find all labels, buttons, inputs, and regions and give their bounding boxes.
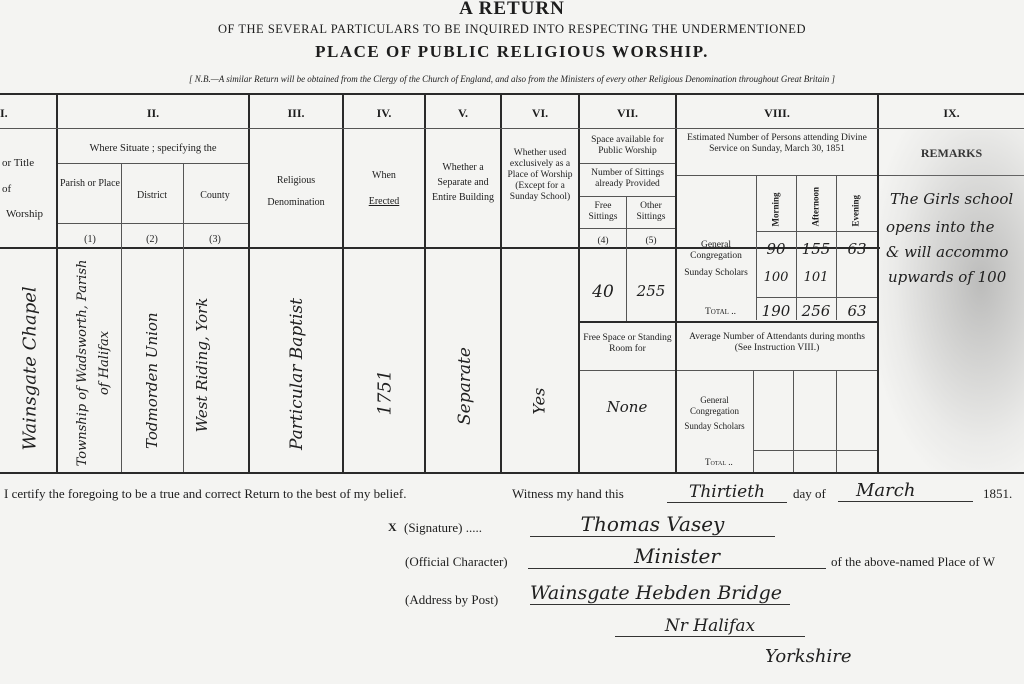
avg-total-label: Total .. [705, 457, 733, 468]
entry-district: Todmorden Union [143, 269, 161, 449]
divider [677, 321, 877, 323]
entry-parish: Township of Wadsworth, Parish of Halifax [72, 258, 118, 468]
divider [756, 231, 877, 232]
entry-general-morning: 90 [757, 240, 795, 258]
form-subtitle: OF THE SEVERAL PARTICULARS TO BE INQUIRE… [0, 22, 1024, 37]
remarks-line-3: & will accommo [886, 243, 1008, 261]
col-ii-numeral: II. [58, 106, 248, 121]
col-morning-label: Morning [771, 177, 782, 227]
divider [58, 223, 248, 224]
entry-general-afternoon: 155 [797, 240, 835, 258]
col-free-space-label: Free Space or Standing Room for [580, 333, 675, 355]
col-ii-label: Where Situate ; specifying the [58, 143, 248, 155]
address-label: (Address by Post) [405, 592, 498, 608]
col-ix-numeral: IX. [879, 106, 1024, 121]
certification-statement: I certify the foregoing to be a true and… [4, 486, 407, 502]
col-viii-numeral: VIII. [677, 106, 877, 121]
divider [626, 197, 627, 321]
col-vii-label: Space available for Public Worship [580, 135, 675, 157]
entry-scholars-morning: 100 [757, 270, 795, 285]
avg-general-label: General Congregation [677, 395, 752, 417]
address-line-3[interactable]: Yorkshire [765, 646, 852, 667]
col-divider [342, 93, 344, 473]
entry-denomination: Particular Baptist [287, 270, 307, 450]
col-county-num: (3) [184, 234, 246, 246]
signature-mark: X [388, 520, 397, 535]
table-bottom-border [0, 472, 1024, 474]
col-v-label: Whether a Separate and Entire Building [430, 160, 496, 205]
col-iv-numeral: IV. [344, 106, 424, 121]
divider [580, 228, 675, 229]
address-line-2[interactable]: Nr Halifax [615, 616, 805, 637]
col-iv-label: When [344, 170, 424, 182]
col-v-numeral: V. [426, 106, 500, 121]
col-i-label-3: Worship [6, 208, 43, 220]
address-line-1[interactable]: Wainsgate Hebden Bridge [530, 582, 790, 605]
remarks-line-4: upwards of 100 [888, 268, 1006, 286]
divider [677, 370, 877, 371]
col-free-sittings-label: Free Sittings [582, 201, 624, 223]
entry-total-afternoon: 256 [797, 302, 835, 320]
col-county-label: County [184, 190, 246, 202]
col-iii-label: Religious Denomination [258, 170, 334, 214]
col-other-sittings-label: Other Sittings [628, 201, 674, 223]
col-iii-numeral: III. [250, 106, 342, 121]
divider [793, 371, 794, 472]
col-divider [424, 93, 426, 473]
col-divider [248, 93, 250, 473]
entry-county: West Riding, York [190, 290, 240, 440]
witness-month-field[interactable]: March [838, 480, 973, 502]
row-total-label: Total .. [705, 307, 736, 318]
divider [58, 163, 248, 164]
witness-day-field[interactable]: Thirtieth [667, 482, 787, 503]
col-district-num: (2) [122, 234, 182, 246]
col-afternoon-label: Afternoon [811, 177, 822, 227]
col-parish-label: Parish or Place [60, 178, 120, 190]
entry-total-evening: 63 [837, 302, 877, 320]
col-vi-label: Whether used exclusively as a Place of W… [503, 148, 577, 203]
remarks-line-2: opens into the [886, 218, 995, 236]
row-scholars-label: Sunday Scholars [677, 268, 755, 279]
col-divider [500, 93, 502, 473]
remarks-smudge [880, 130, 1024, 470]
divider [580, 370, 675, 371]
divider [580, 196, 675, 197]
official-character-label: (Official Character) [405, 554, 508, 570]
entry-erected: 1751 [375, 336, 396, 416]
entry-general-evening: 63 [837, 240, 877, 258]
entry-exclusive: Yes [530, 355, 549, 415]
col-vi-numeral: VI. [502, 106, 578, 121]
col-district-label: District [122, 190, 182, 202]
form-note: [ N.B.—A similar Return will be obtained… [0, 74, 1024, 84]
form-title: A RETURN [0, 0, 1024, 20]
entry-standing-room: None [582, 398, 672, 416]
witness-year: 1851. [983, 486, 1012, 502]
avg-scholars-label: Sunday Scholars [677, 421, 752, 432]
entry-scholars-afternoon: 101 [797, 270, 835, 285]
divider [580, 321, 675, 323]
divider [753, 450, 877, 451]
divider [580, 163, 675, 164]
col-viii-label: Estimated Number of Persons attending Di… [682, 133, 872, 155]
col-i-label-2: of [2, 183, 11, 195]
divider [756, 297, 877, 298]
day-of-label: day of [793, 486, 826, 502]
col-5-num: (5) [628, 236, 674, 247]
divider [121, 164, 122, 472]
remarks-line-1: The Girls school [890, 190, 1013, 208]
signature-field[interactable]: Thomas Vasey [530, 512, 775, 537]
entry-separate: Separate [455, 325, 475, 425]
divider [753, 371, 754, 472]
signature-label: (Signature) ..... [404, 520, 482, 536]
numeral-row-border [0, 128, 1024, 129]
entry-total-morning: 190 [757, 302, 795, 320]
col-vii-numeral: VII. [580, 106, 675, 121]
official-character-field[interactable]: Minister [528, 544, 826, 569]
row-general-label: General Congregation [677, 240, 755, 262]
witness-prefix: Witness my hand this [512, 486, 624, 502]
official-character-suffix: of the above-named Place of W [831, 554, 995, 570]
form-title-worship: PLACE OF PUBLIC RELIGIOUS WORSHIP. [0, 42, 1024, 62]
col-evening-label: Evening [851, 177, 862, 227]
col-parish-num: (1) [60, 234, 120, 246]
col-i-label-1: or Title [2, 157, 34, 169]
divider [183, 164, 184, 472]
col-4-num: (4) [582, 236, 624, 247]
entry-name: Wainsgate Chapel [20, 271, 41, 451]
col-i-numeral: I. [0, 106, 8, 121]
entry-free-sittings: 40 [582, 282, 624, 302]
entry-other-sittings: 255 [628, 282, 674, 300]
col-vii-sub-label: Number of Sittings already Provided [580, 168, 675, 190]
table-top-border [0, 93, 1024, 95]
avg-attendants-label: Average Number of Attendants during mont… [684, 332, 870, 354]
col-iv-label-2: Erected [344, 196, 424, 208]
divider [836, 371, 837, 472]
